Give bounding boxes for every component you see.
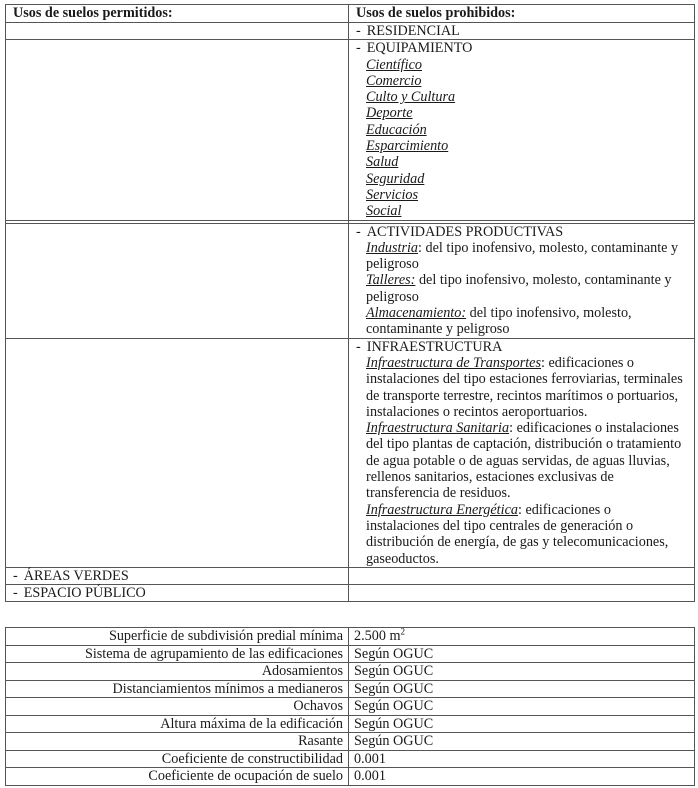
permitted-cell-empty	[6, 23, 349, 40]
list-item: Social	[366, 203, 694, 219]
parameter-label: Ochavos	[6, 698, 349, 716]
term: Infraestructura de Transportes	[366, 355, 541, 371]
table-row: Ochavos Según OGUC	[6, 698, 695, 716]
permitted-cell-empty	[6, 40, 349, 220]
list-dash: -	[356, 224, 367, 240]
table-row: -INFRAESTRUCTURA Infraestructura de Tran…	[6, 338, 695, 567]
category-title: ÁREAS VERDES	[24, 568, 129, 584]
permitted-cell-empty	[6, 223, 349, 338]
term: Talleres:	[366, 272, 415, 288]
list-item: Seguridad	[366, 171, 694, 187]
list-item: Esparcimiento	[366, 138, 694, 154]
list-item: Deporte	[366, 105, 694, 121]
parameter-label: Sistema de agrupamiento de las edificaci…	[6, 645, 349, 663]
list-dash: -	[356, 40, 367, 56]
table-row: -RESIDENCIAL	[6, 23, 695, 40]
table-row: -ESPACIO PÚBLICO	[6, 585, 695, 602]
table-row: Altura máxima de la edificación Según OG…	[6, 715, 695, 733]
parameter-label: Coeficiente de ocupación de suelo	[6, 768, 349, 786]
parameter-value: Según OGUC	[349, 645, 695, 663]
category-title: INFRAESTRUCTURA	[367, 339, 503, 355]
land-use-header-row: Usos de suelos permitidos: Usos de suelo…	[6, 5, 695, 23]
parameter-value: Según OGUC	[349, 663, 695, 681]
permitted-uses-header: Usos de suelos permitidos:	[6, 5, 349, 23]
list-item: Servicios	[366, 187, 694, 203]
prohibited-residencial: -RESIDENCIAL	[349, 23, 695, 40]
term: Industria	[366, 240, 418, 256]
list-dash: -	[356, 339, 367, 355]
table-row: Coeficiente de constructibilidad 0.001	[6, 750, 695, 768]
prohibited-cell-empty	[349, 585, 695, 602]
table-row: -ÁREAS VERDES	[6, 567, 695, 584]
parameter-label: Rasante	[6, 733, 349, 751]
permitted-areas-verdes: -ÁREAS VERDES	[6, 567, 349, 584]
list-item: Infraestructura de Transportes: edificac…	[356, 355, 694, 420]
parameter-value: Según OGUC	[349, 680, 695, 698]
list-item: Salud	[366, 154, 694, 170]
prohibited-cell-empty	[349, 567, 695, 584]
list-item: Culto y Cultura	[366, 89, 694, 105]
category-title: ESPACIO PÚBLICO	[24, 585, 146, 601]
parameter-label: Adosamientos	[6, 663, 349, 681]
category-title: RESIDENCIAL	[367, 23, 460, 39]
parameter-label: Superficie de subdivisión predial mínima	[6, 628, 349, 646]
term: Almacenamiento:	[366, 305, 466, 321]
category-title: EQUIPAMIENTO	[367, 40, 473, 56]
list-item: Comercio	[366, 73, 694, 89]
table-row: Superficie de subdivisión predial mínima…	[6, 628, 695, 646]
table-row: Sistema de agrupamiento de las edificaci…	[6, 645, 695, 663]
land-use-table: Usos de suelos permitidos: Usos de suelo…	[5, 4, 695, 602]
parameter-label: Altura máxima de la edificación	[6, 715, 349, 733]
list-dash: -	[356, 23, 367, 39]
prohibited-uses-header: Usos de suelos prohibidos:	[349, 5, 695, 23]
table-row: -EQUIPAMIENTO Científico Comercio Culto …	[6, 40, 695, 220]
list-item: Infraestructura Sanitaria: edificaciones…	[356, 420, 694, 501]
prohibited-equipamiento: -EQUIPAMIENTO Científico Comercio Culto …	[349, 40, 695, 220]
parameter-value: 0.001	[349, 768, 695, 786]
term: Infraestructura Energética	[366, 502, 518, 518]
table-row: -ACTIVIDADES PRODUCTIVAS Industria: del …	[6, 223, 695, 338]
category-title: ACTIVIDADES PRODUCTIVAS	[367, 224, 563, 240]
table-row: Adosamientos Según OGUC	[6, 663, 695, 681]
prohibited-infraestructura: -INFRAESTRUCTURA Infraestructura de Tran…	[349, 338, 695, 567]
prohibited-actividades-productivas: -ACTIVIDADES PRODUCTIVAS Industria: del …	[349, 223, 695, 338]
parameter-value: 0.001	[349, 750, 695, 768]
list-item: Almacenamiento: del tipo inofensivo, mol…	[356, 305, 694, 338]
parameter-label: Coeficiente de constructibilidad	[6, 750, 349, 768]
parameter-label: Distanciamientos mínimos a medianeros	[6, 680, 349, 698]
table-row: Distanciamientos mínimos a medianeros Se…	[6, 680, 695, 698]
list-item: Educación	[366, 122, 694, 138]
term: Infraestructura Sanitaria	[366, 420, 509, 436]
list-dash: -	[13, 585, 24, 601]
parameter-value: 2.500 m2	[349, 628, 695, 646]
list-dash: -	[13, 568, 24, 584]
permitted-espacio-publico: -ESPACIO PÚBLICO	[6, 585, 349, 602]
urban-parameters-table: Superficie de subdivisión predial mínima…	[5, 627, 695, 786]
table-row: Rasante Según OGUC	[6, 733, 695, 751]
list-item: Industria: del tipo inofensivo, molesto,…	[356, 240, 694, 273]
parameter-value: Según OGUC	[349, 698, 695, 716]
permitted-cell-empty	[6, 338, 349, 567]
table-row: Coeficiente de ocupación de suelo 0.001	[6, 768, 695, 786]
parameter-value: Según OGUC	[349, 733, 695, 751]
parameter-value: Según OGUC	[349, 715, 695, 733]
list-item: Infraestructura Energética: edificacione…	[356, 502, 694, 567]
equipamiento-list: Científico Comercio Culto y Cultura Depo…	[356, 57, 694, 220]
list-item: Científico	[366, 57, 694, 73]
list-item: Talleres: del tipo inofensivo, molesto, …	[356, 272, 694, 305]
